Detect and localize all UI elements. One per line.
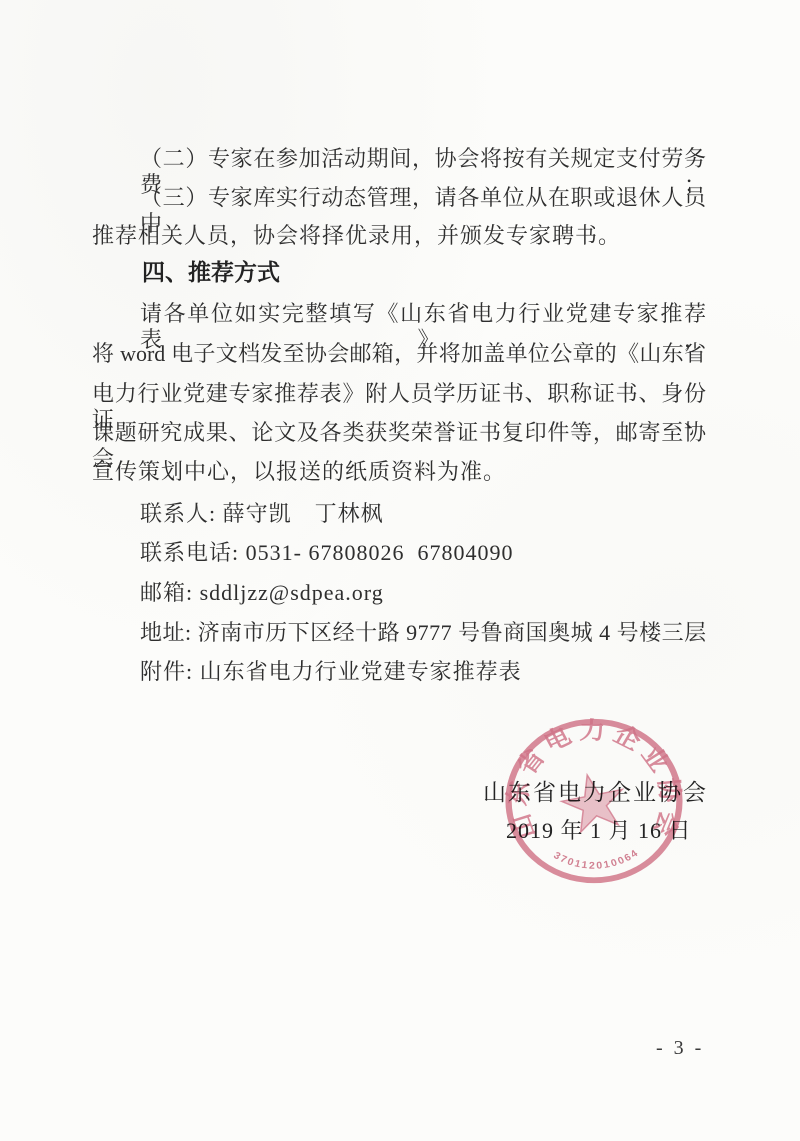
page-number: - 3 - [656,1035,704,1061]
contact-email: 邮箱: sddljzz@sdpea.org [140,580,384,606]
body-line-5: 宣传策划中心，以报送的纸质资料为准。 [92,459,506,485]
contact-person: 联系人: 薛守凯 丁林枫 [140,501,384,527]
seal-arc-text: 山东省电力企业协会 [503,717,686,845]
seal-star-icon [557,769,630,834]
svg-text:山东省电力企业协会: 山东省电力企业协会 [503,717,686,845]
official-seal: 山东省电力企业协会 3701120100641 [498,712,690,890]
contact-phone: 联系电话: 0531- 67808026 67804090 [140,540,513,566]
document-page: （二）专家在参加活动期间，协会将按有关规定支付劳务费； （三）专家库实行动态管理… [0,0,800,1141]
contact-attachment: 附件: 山东省电力行业党建专家推荐表 [140,659,522,685]
paragraph-item3-line2: 推荐相关人员，协会将择优录用，并颁发专家聘书。 [92,223,621,249]
contact-address: 地址: 济南市历下区经十路 9777 号鲁商国奥城 4 号楼三层 [140,620,707,646]
section-heading: 四、推荐方式 [142,259,280,285]
body-line-2: 将 word 电子文档发至协会邮箱，并将加盖单位公章的《山东省 [92,341,706,367]
